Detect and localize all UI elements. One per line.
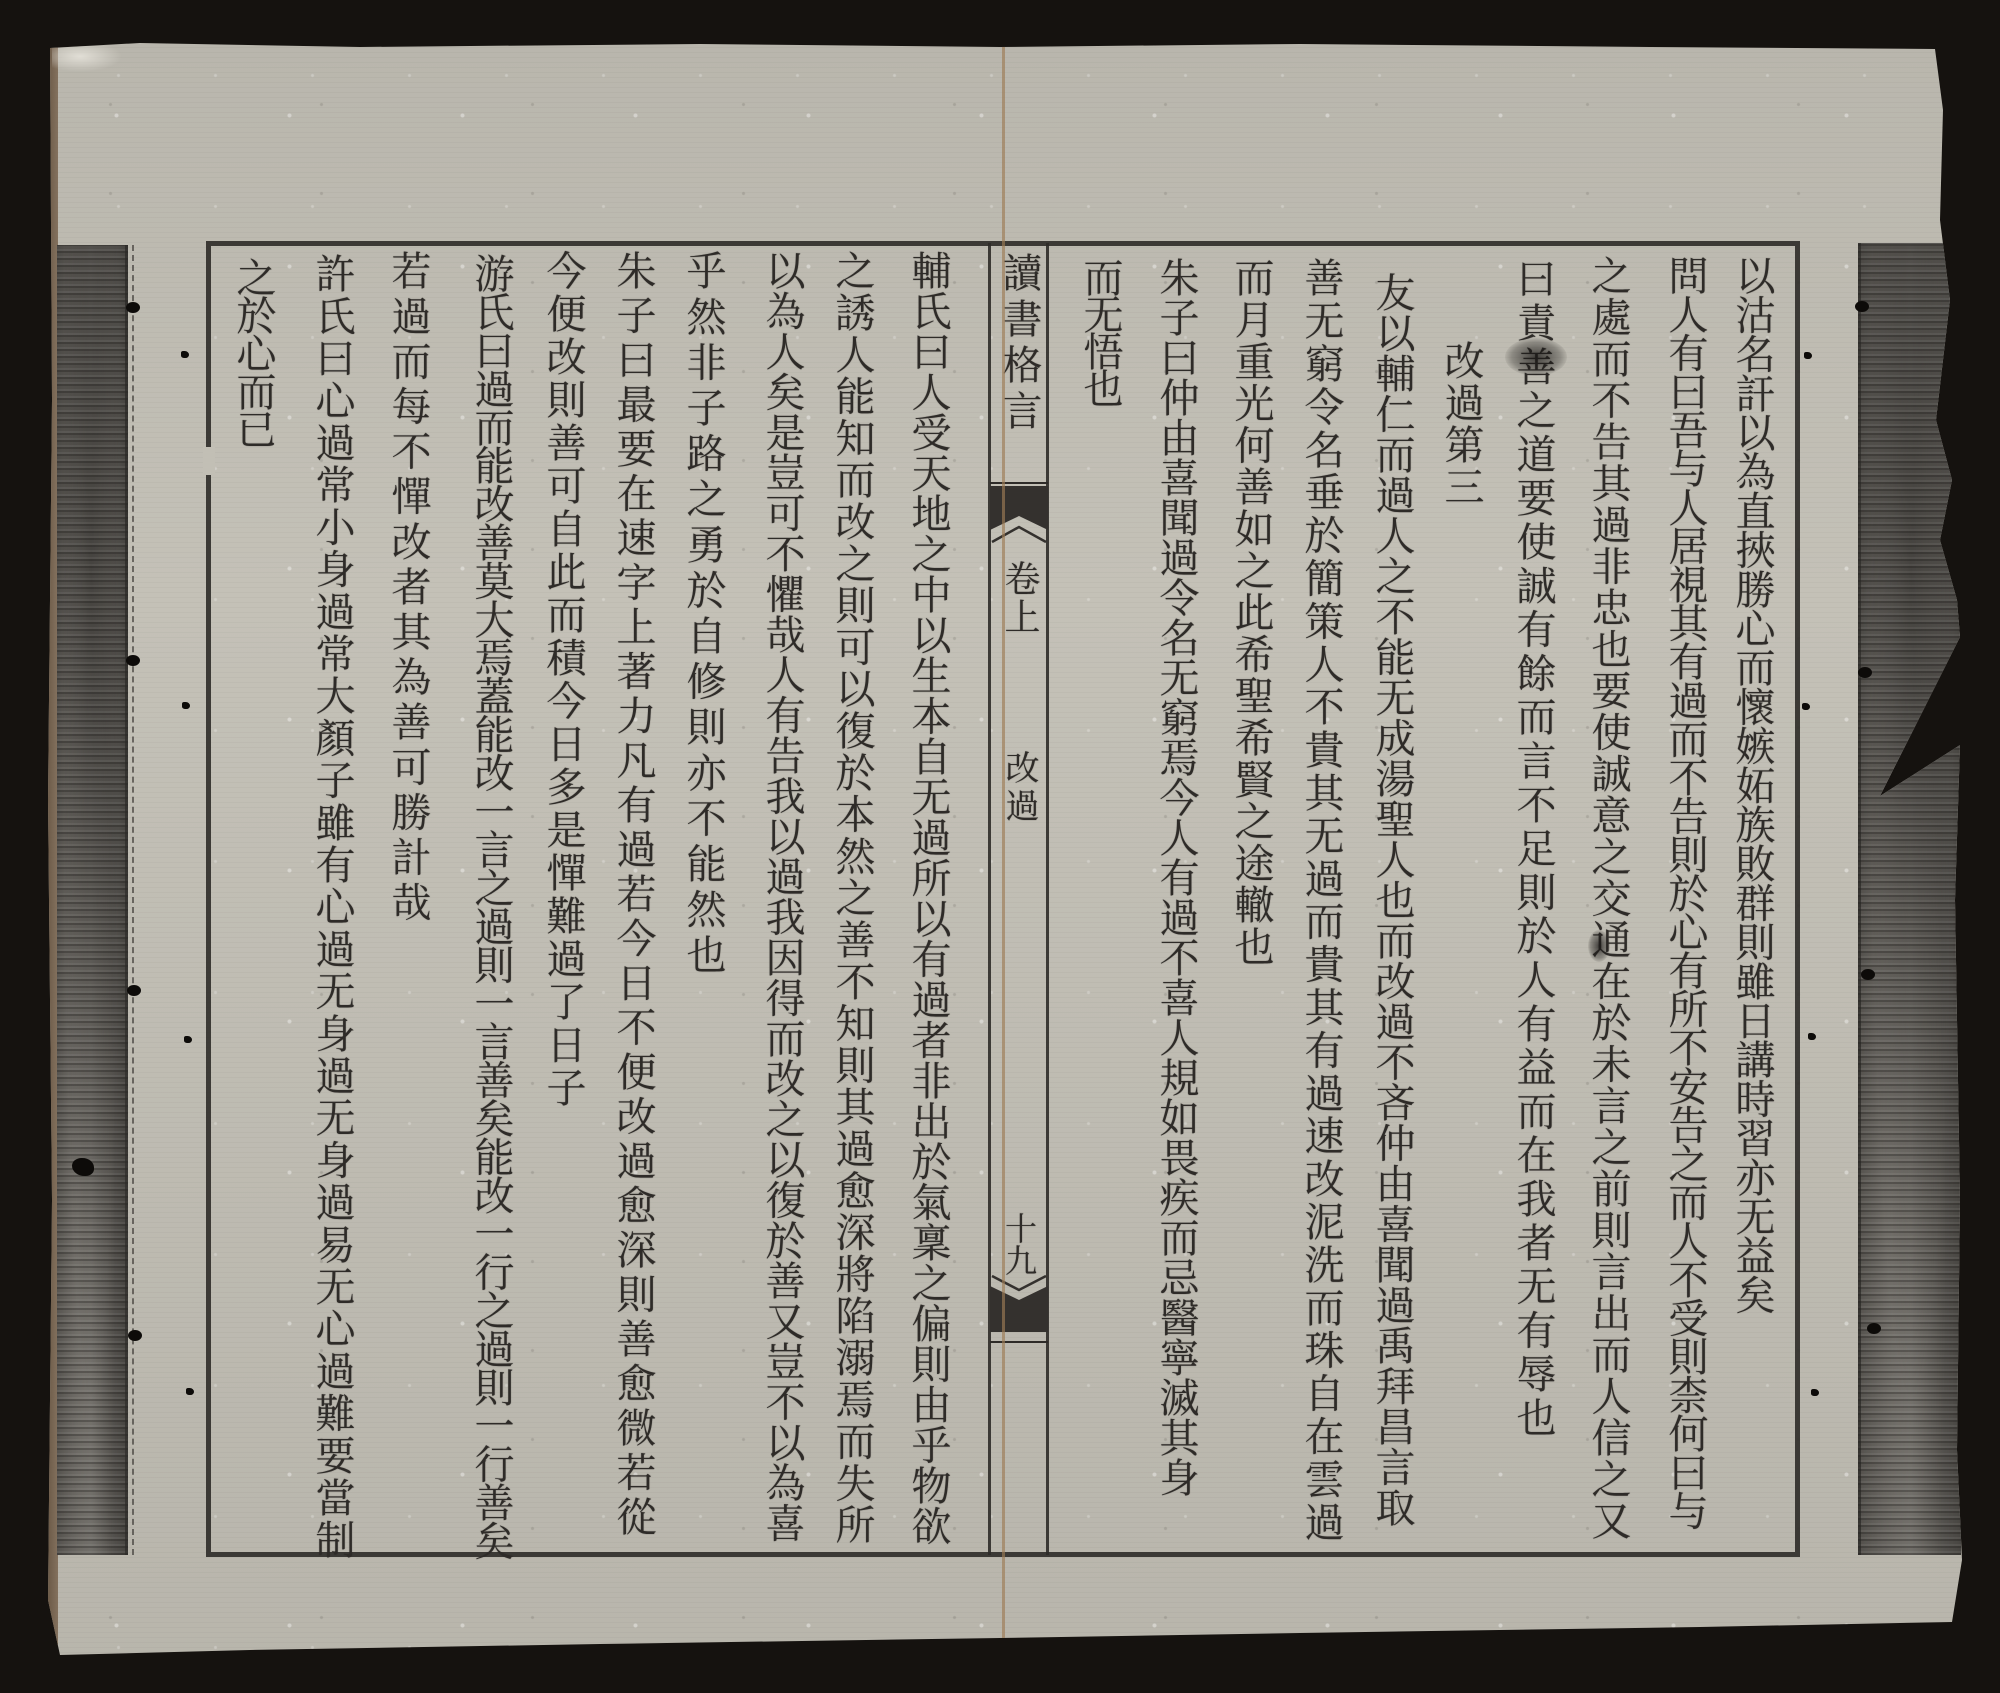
text-column: 曰責善之道要使誠有餘而言不足則於人有益而在我者无有辱也 xyxy=(1510,258,1556,1588)
text-column: 友以輔仁而過人之不能无成湯聖人也而改過不吝仲由喜聞過禹拜昌言取 xyxy=(1369,272,1415,1602)
ink-blot xyxy=(1588,930,1610,962)
binding-hole xyxy=(1861,969,1875,980)
center-column-right-rule xyxy=(1046,243,1049,1555)
binding-hole xyxy=(184,1036,192,1043)
right-margin-ink-strip xyxy=(1858,243,1961,1555)
text-column: 今便改則善可自此而積今日多是憚難過了日子 xyxy=(540,250,586,1580)
text-column: 問人有曰吾与人居視其有過而不告則於心有所不安告之而人不受則柰何曰与 xyxy=(1662,255,1708,1585)
binding-hole xyxy=(128,1330,142,1341)
text-column: 許氏曰心過常小身過常大顏子雖有心過无身過无身過易无心過難要當制 xyxy=(309,253,355,1583)
binding-hole xyxy=(1855,301,1869,312)
text-column: 乎然非子路之勇於自修則亦不能然也 xyxy=(680,250,726,1580)
paper-corner-fiber xyxy=(52,46,122,72)
binding-hole xyxy=(1811,1389,1819,1396)
text-column: 輔氏曰人受天地之中以生本自无過所以有過者非出於氣稟之偏則由乎物欲 xyxy=(905,250,951,1580)
binding-hole xyxy=(1804,352,1812,359)
paper-leaf: 讀書格言 卷上 改過 十九 以沽名訐以為直挾勝心而懷嫉妬族敗群則雖日講時習亦无益… xyxy=(0,0,2000,1693)
text-column: 朱子曰最要在速字上著力凡有過若今日不便改過愈深則善愈微若從 xyxy=(610,250,656,1580)
center-column-divider xyxy=(990,1341,1048,1343)
center-fold-crease xyxy=(1002,45,1005,1645)
text-column: 以沽名訐以為直挾勝心而懷嫉妬族敗群則雖日講時習亦无益矣 xyxy=(1729,255,1775,1585)
text-column: 之於心而已 xyxy=(230,257,276,1587)
text-column: 之誘人能知而改之則可以復於本然之善不知則其過愈深將陷溺焉而失所 xyxy=(829,250,875,1580)
binding-hole xyxy=(1802,703,1810,710)
center-column-divider xyxy=(990,482,1048,484)
paper-damage-hole xyxy=(72,1158,94,1176)
left-margin-ink-strip xyxy=(57,245,128,1555)
frame-line-break xyxy=(203,447,215,475)
center-column-left-rule xyxy=(988,243,991,1555)
binding-hole xyxy=(1858,667,1872,678)
binding-hole xyxy=(1808,1033,1816,1040)
text-column: 善无窮令名垂於簡策人不貴其无過而貴其有過速改泥洗而珠自在雲過 xyxy=(1298,257,1344,1587)
binding-hole xyxy=(182,702,190,709)
text-column: 朱子曰仲由喜聞過令名无窮焉今人有過不喜人規如畏疾而忌醫寧滅其身 xyxy=(1153,257,1199,1587)
text-column: 游氏曰過而能改善莫大焉蓋能改一言之過則一言善矣能改一行之過則一行善矣 xyxy=(468,253,514,1583)
binding-hole xyxy=(126,655,140,666)
binding-hole xyxy=(127,985,141,996)
ink-blot xyxy=(1505,338,1567,376)
binding-hole xyxy=(1867,1323,1881,1334)
scan-background: 讀書格言 卷上 改過 十九 以沽名訐以為直挾勝心而懷嫉妬族敗群則雖日講時習亦无益… xyxy=(0,0,2000,1693)
text-column: 若過而每不憚改者其為善可勝計哉 xyxy=(385,250,431,1580)
binding-hole xyxy=(126,302,140,313)
section-heading: 改過第三 xyxy=(1438,340,1484,1670)
text-column: 之處而不告其過非忠也要使誠意之交通在於未言之前則言出而人信之又 xyxy=(1585,255,1631,1585)
lower-fishtail-icon xyxy=(990,1272,1048,1334)
text-column: 以為人矣是豈可不懼哉人有告我以過我因得而改之以復於善又豈不以為喜 xyxy=(759,250,805,1580)
binding-hole xyxy=(186,1388,194,1395)
binding-hole xyxy=(181,351,189,358)
upper-fishtail-icon xyxy=(990,486,1048,546)
text-column: 而无悟也 xyxy=(1077,257,1123,1587)
left-margin-dotted-rule xyxy=(132,245,134,1555)
text-column: 而月重光何善如之此希聖希賢之途轍也 xyxy=(1228,257,1274,1587)
